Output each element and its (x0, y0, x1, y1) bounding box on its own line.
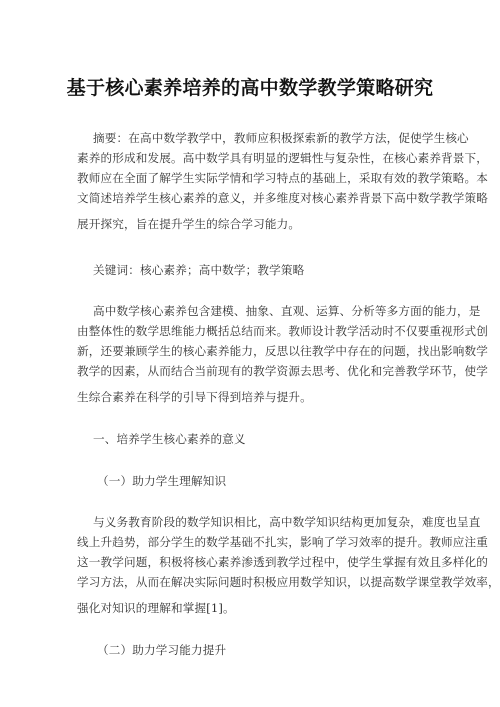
document-title: 基于核心素养培养的高中数学教学策略研究 (0, 73, 500, 100)
abstract-line: 素养的形成和发展。高中数学具有明显的逻辑性与复杂性，在核心素养背景下， (77, 151, 427, 165)
abstract-line: 文简述培养学生核心素养的意义，并多维度对核心素养背景下高中数学教学策略 (77, 191, 427, 205)
abstract-line: 展开探究，旨在提升学生的综合学习能力。 (77, 217, 427, 231)
document-page: 基于核心素养培养的高中数学教学策略研究 摘要：在高中数学教学中，教师应积极探索新… (0, 0, 500, 707)
section-heading: 一、培养学生核心素养的意义 (93, 432, 443, 446)
abstract-line: 摘要：在高中数学教学中，教师应积极探索新的教学方法，促使学生核心 (93, 131, 443, 145)
intro-line: 高中数学核心素养包含建模、抽象、直观、运算、分析等多方面的能力，是 (93, 304, 443, 318)
subsection-line: 学习方法，从而在解决实际问题时积极应用数学知识，以提高数学课堂教学效率， (77, 575, 427, 589)
intro-line: 由整体性的数学思维能力概括总结而来。教师设计教学活动时不仅要重视形式创 (77, 324, 427, 338)
intro-line: 新，还要兼顾学生的核心素养能力，反思以往教学中存在的问题，找出影响数学 (77, 344, 427, 358)
intro-line: 生综合素养在科学的引导下得到培养与提升。 (77, 390, 427, 404)
intro-line: 教学的因素，从而结合当前现有的教学资源去思考、优化和完善教学环节，使学 (77, 364, 427, 378)
subsection-heading: （一）助力学生理解知识 (97, 474, 447, 488)
subsection-line: 这一教学问题，积极将核心素养渗透到教学过程中，使学生掌握有效且多样化的 (77, 555, 427, 569)
subsection-line: 强化对知识的理解和掌握[1]。 (77, 601, 427, 615)
subsection-heading: （二）助力学习能力提升 (97, 643, 447, 657)
keywords: 关键词：核心素养；高中数学；教学策略 (93, 263, 443, 277)
subsection-line: 线上升趋势，部分学生的数学基础不扎实，影响了学习效率的提升。教师应注重 (77, 535, 427, 549)
subsection-line: 与义务教育阶段的数学知识相比，高中数学知识结构更加复杂，难度也呈直 (93, 515, 443, 529)
abstract-line: 教师应在全面了解学生实际学情和学习特点的基础上，采取有效的教学策略。本 (77, 171, 427, 185)
